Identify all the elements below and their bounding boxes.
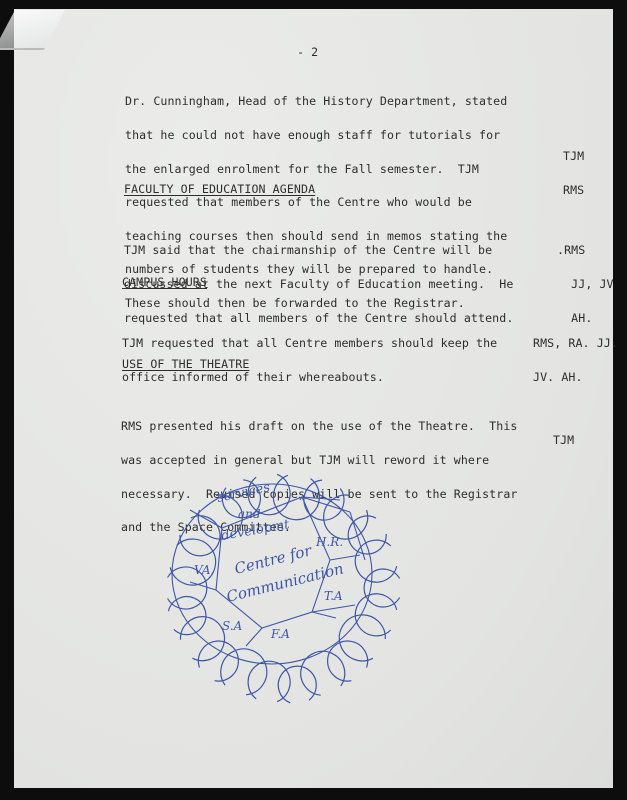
label-services: services [216,480,272,506]
label-development: developmt [220,517,291,544]
label-fa: F.A [270,627,290,641]
handwritten-sketch: services and developmt H.R. T.A F.A S.A … [0,0,627,800]
label-ta: T.A [324,589,343,603]
label-hr: H.R. [315,535,343,549]
label-va: VA. [194,563,214,577]
label-sa: S.A [222,619,243,633]
label-and: and [238,507,261,521]
